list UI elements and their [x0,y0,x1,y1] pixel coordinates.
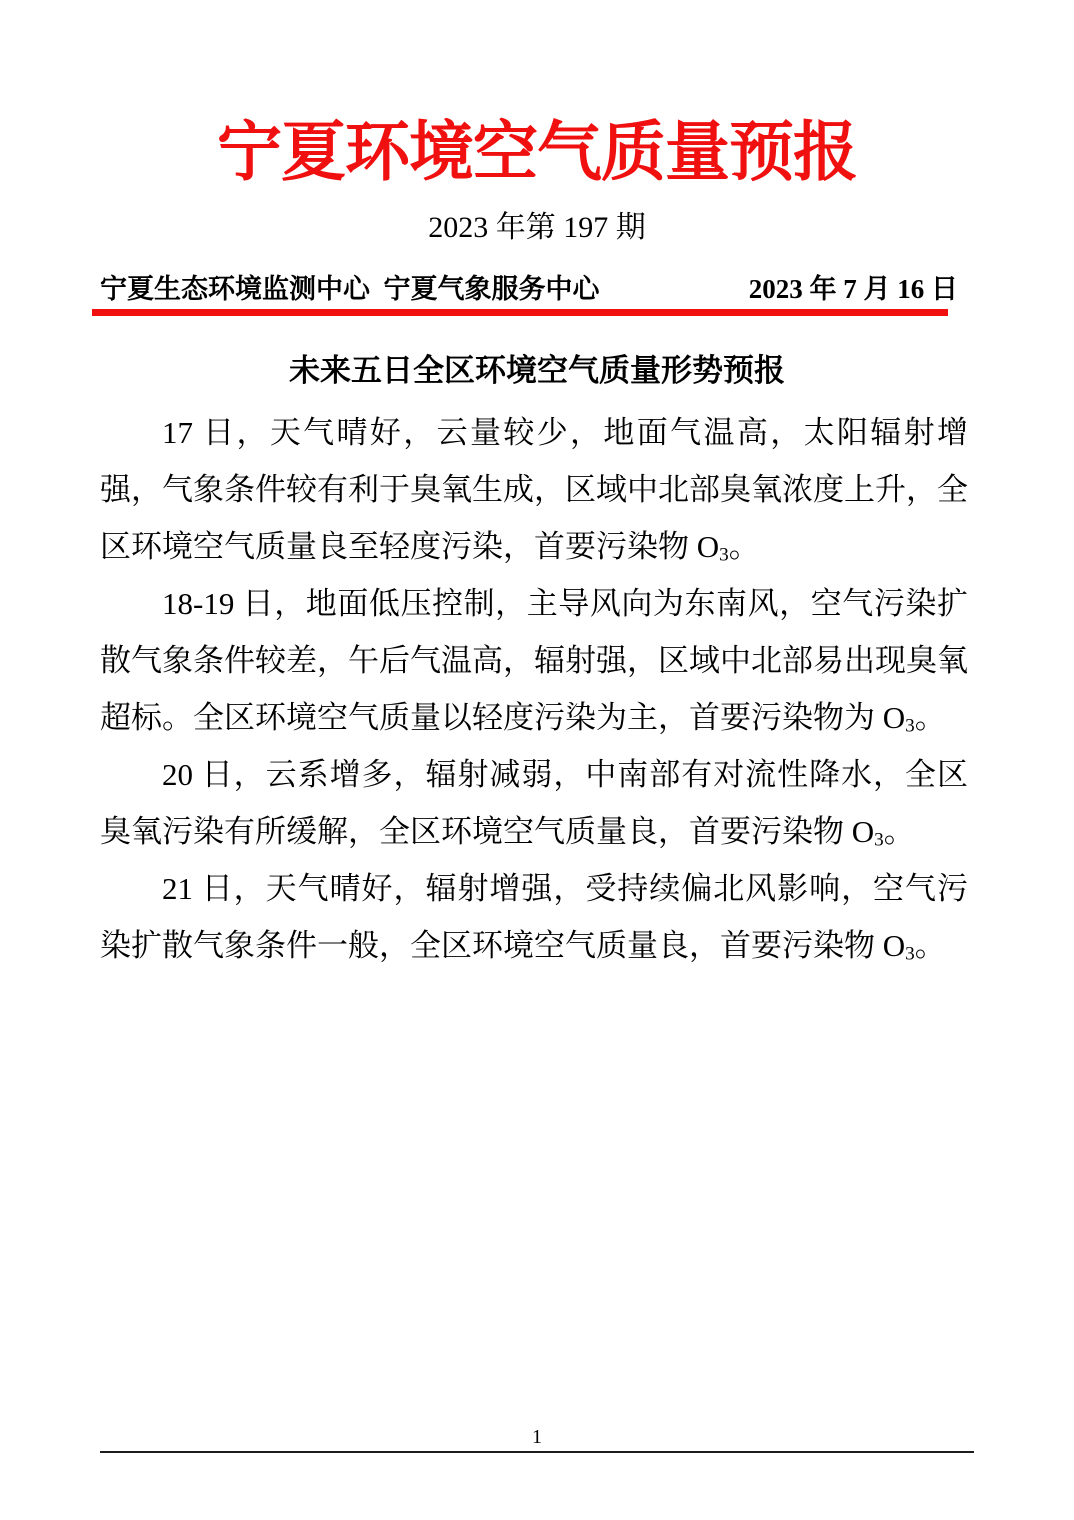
paragraph-text: 17 日，天气晴好，云量较少，地面气温高，太阳辐射增强，气象条件较有利于臭氧生成… [100,415,968,564]
document-page: 宁夏环境空气质量预报 2023 年第 197 期 宁夏生态环境监测中心 宁夏气象… [0,0,1074,1520]
pollutant-subscript: 3 [905,715,915,736]
red-divider-rule [92,309,948,316]
footer-divider-rule [100,1451,974,1453]
forecast-paragraph-day20: 20 日，云系增多，辐射减弱，中南部有对流性降水，全区臭氧污染有所缓解，全区环境… [100,746,968,860]
paragraph-text: 18-19 日，地面低压控制，主导风向为东南风，空气污染扩散气象条件较差，午后气… [100,586,968,735]
paragraph-text: 20 日，云系增多，辐射减弱，中南部有对流性降水，全区臭氧污染有所缓解，全区环境… [100,757,968,849]
forecast-paragraph-day21: 21 日，天气晴好，辐射增强，受持续偏北风影响，空气污染扩散气象条件一般，全区环… [100,860,968,974]
pollutant-o3: O3 [883,700,915,735]
document-title: 宁夏环境空气质量预报 [0,0,1074,191]
sentence-terminal: 。 [729,529,760,564]
masthead-row: 宁夏生态环境监测中心 宁夏气象服务中心 2023 年 7 月 16 日 [100,275,958,305]
pollutant-o3: O3 [697,529,729,564]
pollutant-subscript: 3 [874,829,884,850]
pollutant-symbol: O [883,700,905,735]
sentence-terminal: 。 [915,928,946,963]
paragraph-text: 21 日，天气晴好，辐射增强，受持续偏北风影响，空气污染扩散气象条件一般，全区环… [100,871,968,963]
section-title: 未来五日全区环境空气质量形势预报 [0,352,1074,389]
page-number: 1 [0,1424,1074,1450]
pollutant-symbol: O [852,814,874,849]
page-footer: 1 [0,1424,1074,1453]
sentence-terminal: 。 [915,700,946,735]
pollutant-subscript: 3 [905,943,915,964]
issue-date: 2023 年 7 月 16 日 [749,275,958,305]
forecast-paragraph-day17: 17 日，天气晴好，云量较少，地面气温高，太阳辐射增强，气象条件较有利于臭氧生成… [100,404,968,575]
pollutant-symbol: O [883,928,905,963]
sentence-terminal: 。 [884,814,915,849]
pollutant-symbol: O [697,529,719,564]
pollutant-o3: O3 [883,928,915,963]
issue-number: 2023 年第 197 期 [0,213,1074,243]
pollutant-subscript: 3 [719,544,729,565]
issuing-agencies: 宁夏生态环境监测中心 宁夏气象服务中心 [100,275,600,305]
pollutant-o3: O3 [852,814,884,849]
forecast-paragraph-day18-19: 18-19 日，地面低压控制，主导风向为东南风，空气污染扩散气象条件较差，午后气… [100,575,968,746]
forecast-body: 17 日，天气晴好，云量较少，地面气温高，太阳辐射增强，气象条件较有利于臭氧生成… [100,404,968,974]
